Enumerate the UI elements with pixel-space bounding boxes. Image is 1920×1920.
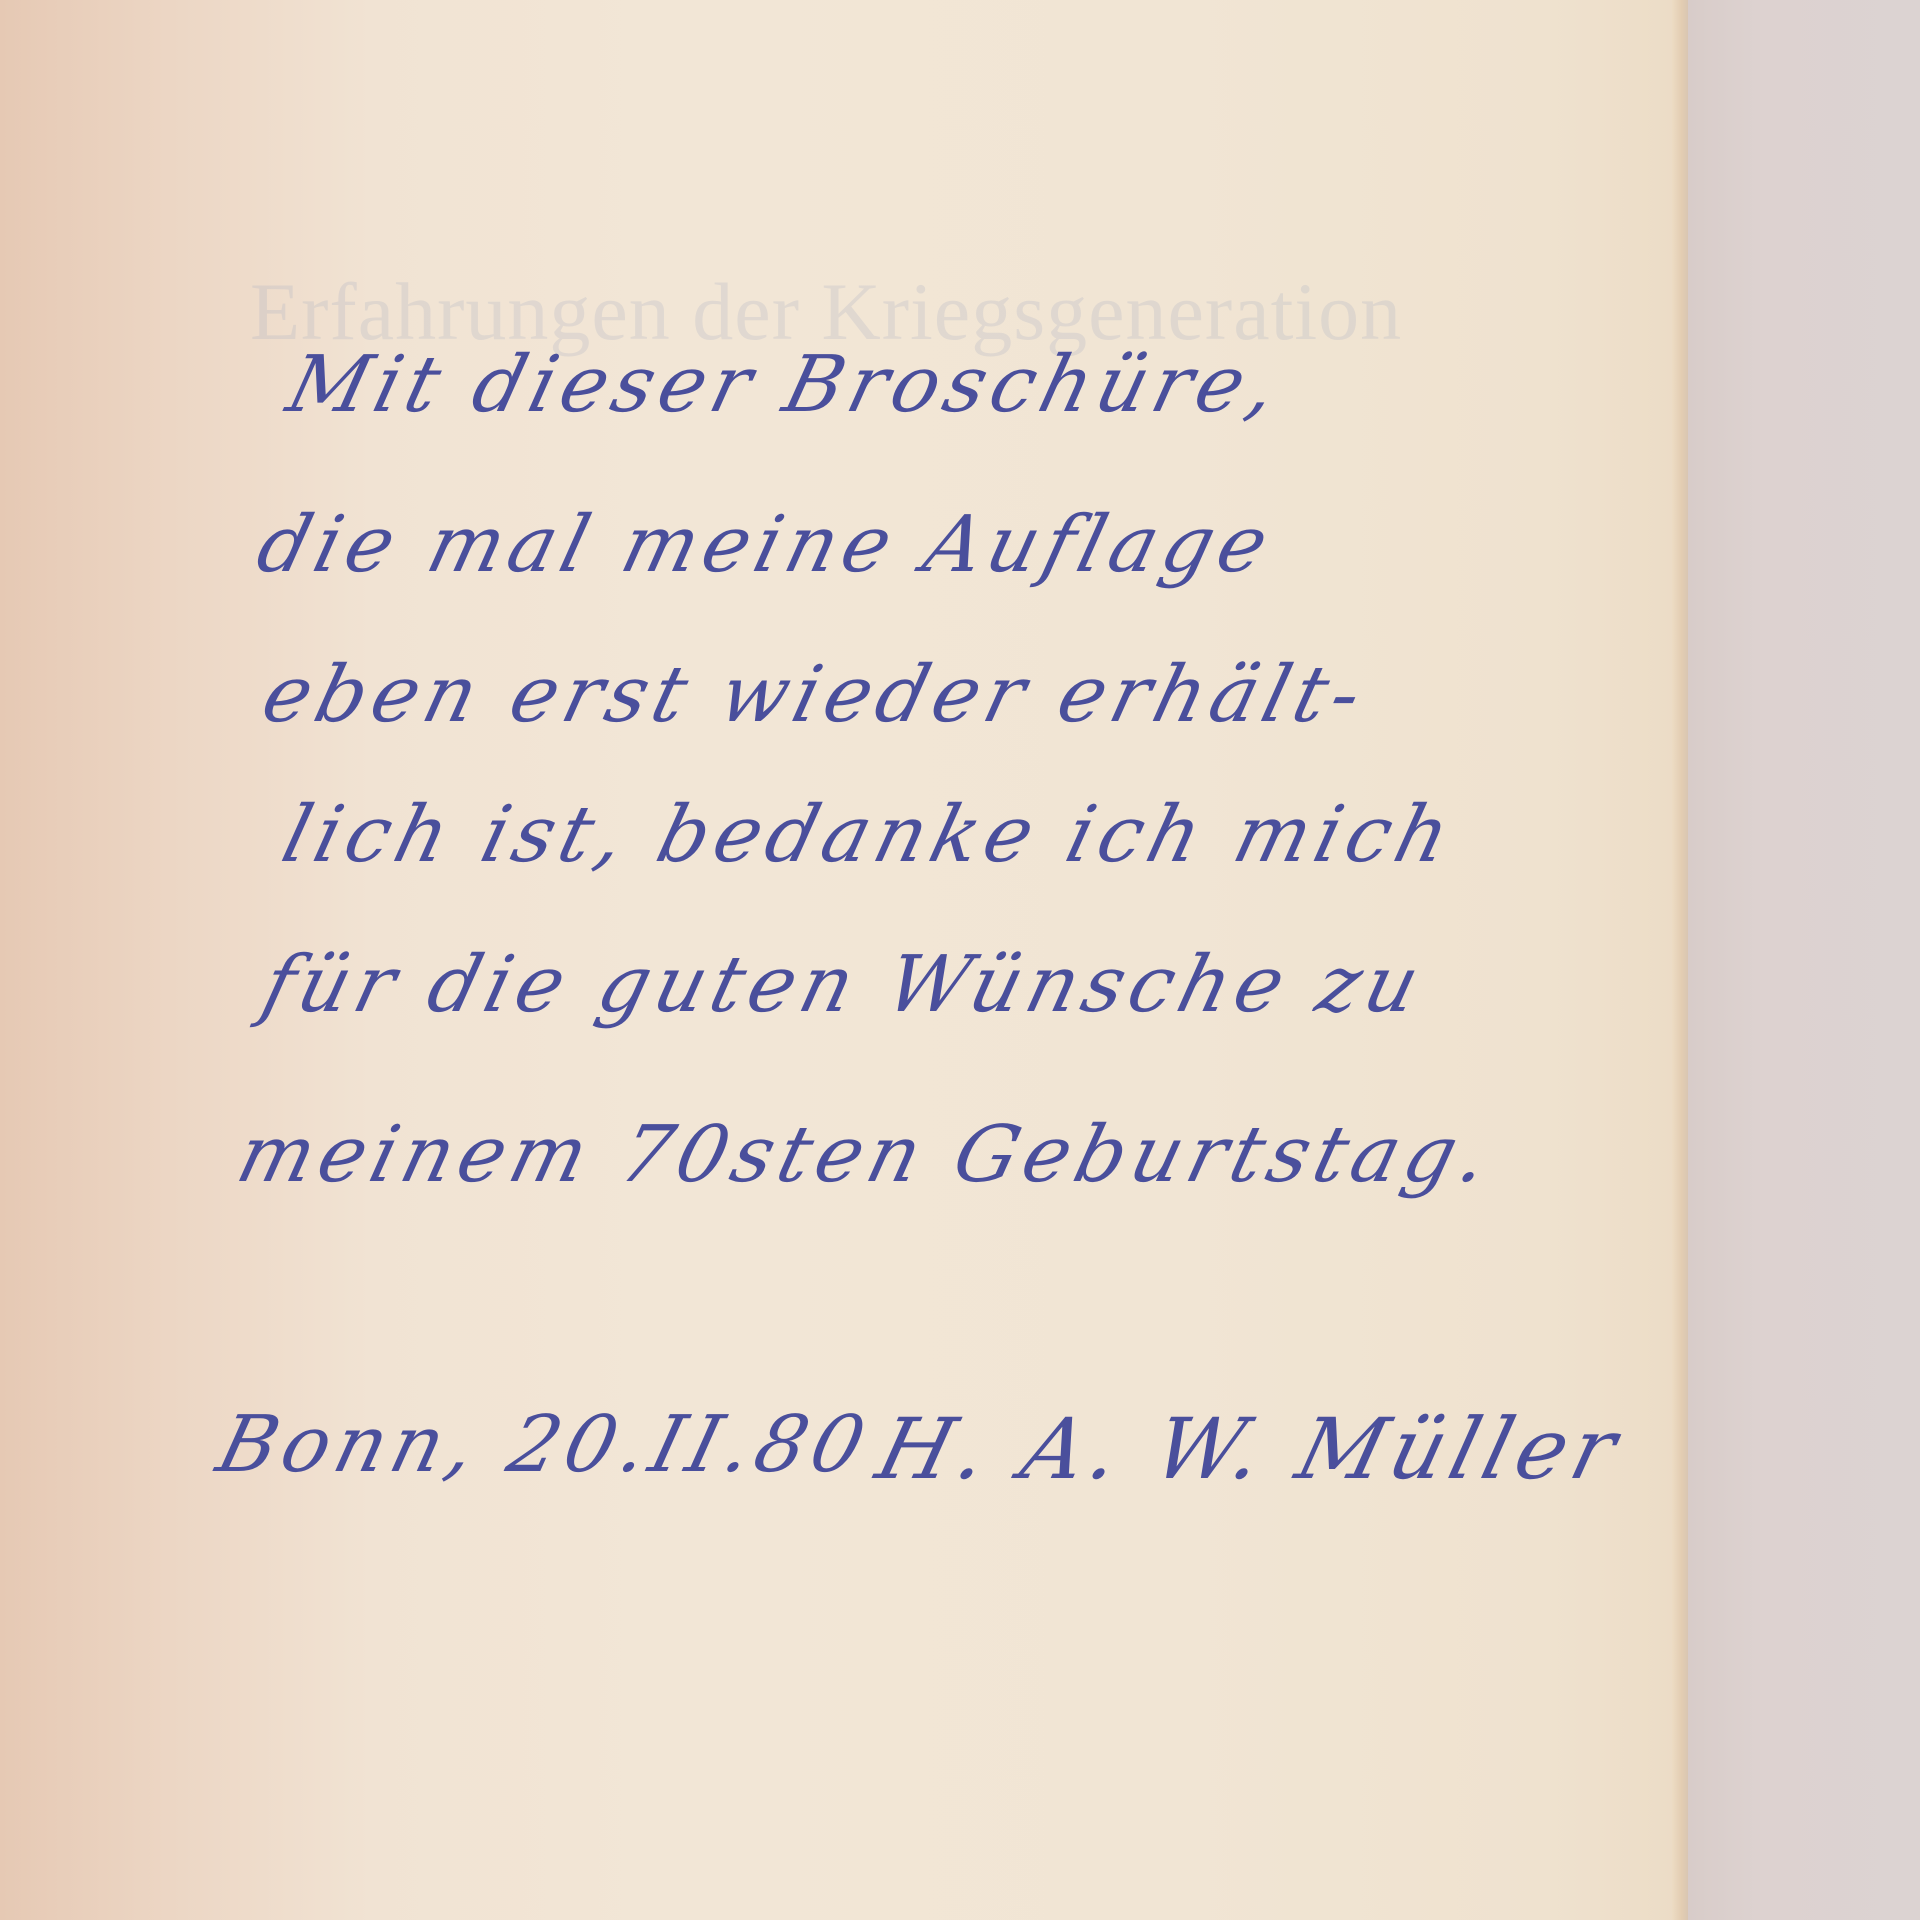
book-page-edge — [1672, 0, 1688, 1920]
inscription-line-4: lich ist, bedanke ich mich — [274, 790, 1464, 880]
inscription-line-1: Mit dieser Broschüre, — [279, 340, 1292, 430]
inscription-place-date: Bonn, 20.II.80 — [209, 1400, 880, 1490]
background-surface — [1688, 0, 1920, 1920]
signature: H. A. W. Müller — [868, 1400, 1632, 1498]
inscription-line-5: für die guten Wünsche zu — [254, 940, 1434, 1030]
inscription-line-2: die mal meine Auflage — [249, 500, 1283, 590]
inscription-line-3: eben erst wieder erhält- — [254, 650, 1376, 740]
inscription-line-6: meinem 70sten Geburtstag. — [229, 1110, 1503, 1200]
book-page: Erfahrungen der Kriegsgeneration Mit die… — [0, 0, 1680, 1920]
